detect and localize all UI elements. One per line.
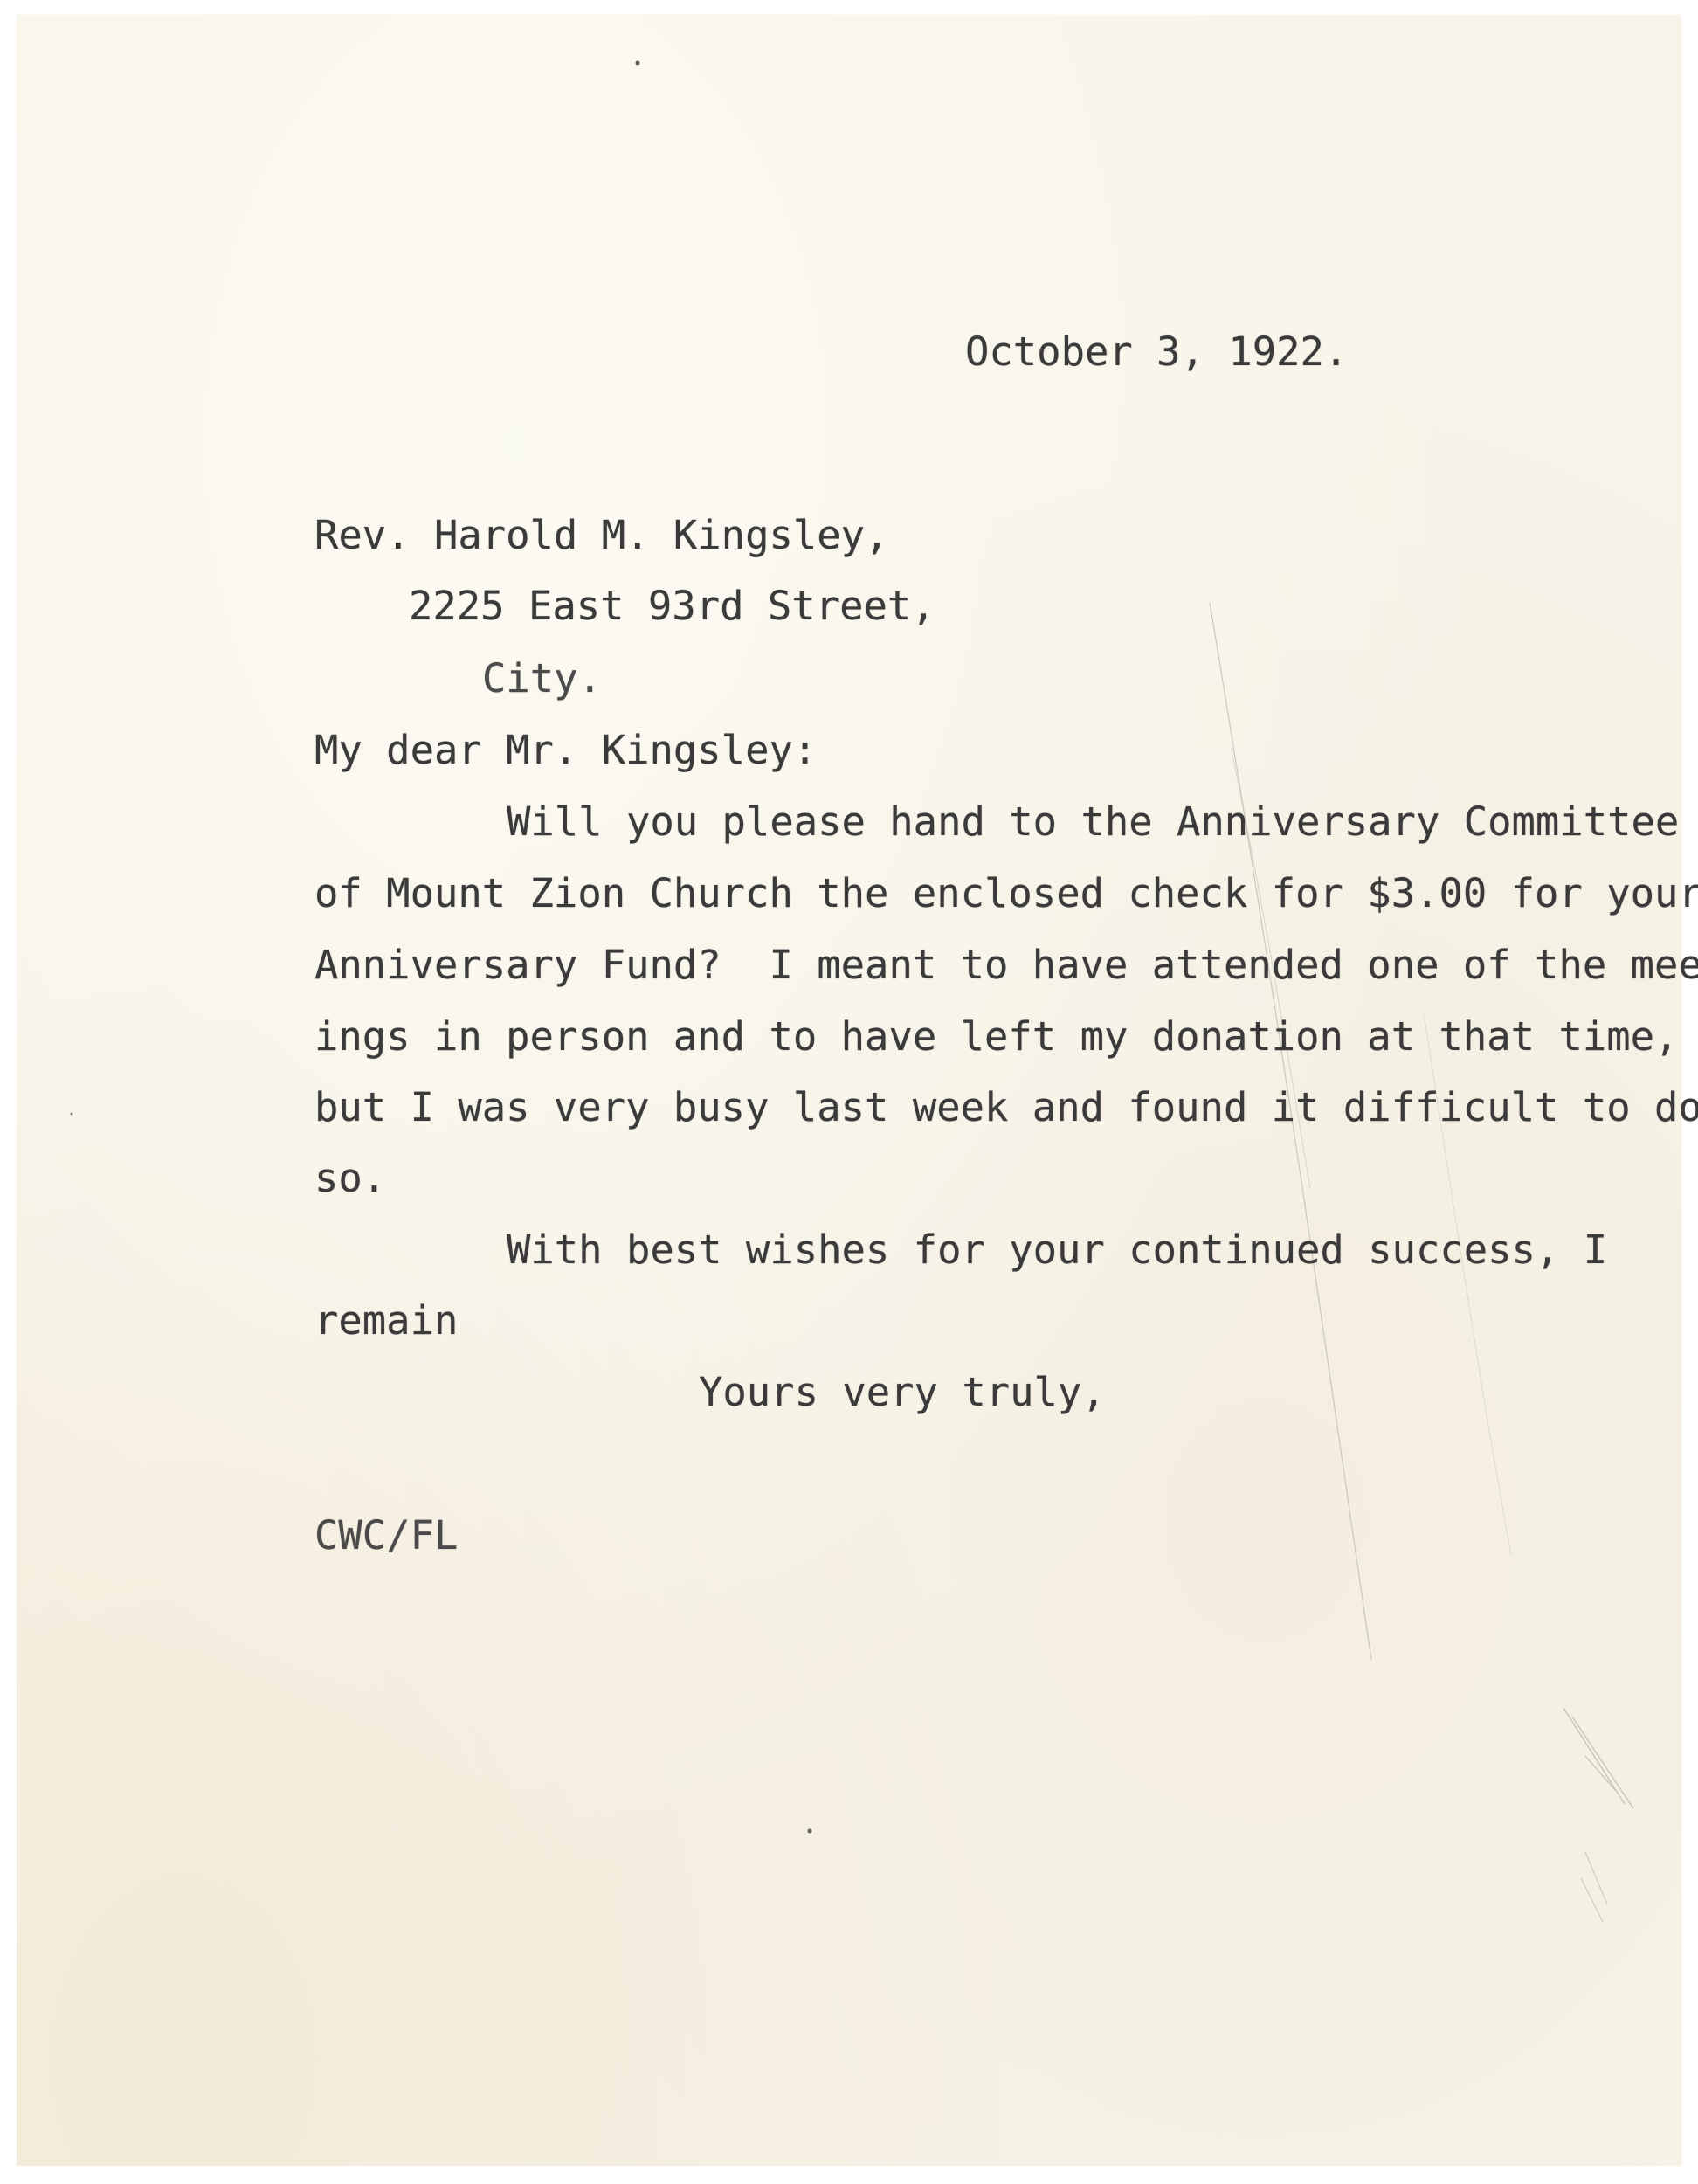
- body-line-5: but I was very busy last week and found …: [314, 1088, 1698, 1128]
- body-line-6: so.: [314, 1158, 386, 1199]
- recipient-street: 2225 East 93rd Street,: [409, 586, 935, 626]
- letter-date: October 3, 1922.: [965, 332, 1348, 372]
- salutation: My dear Mr. Kingsley:: [314, 730, 817, 771]
- recipient-name: Rev. Harold M. Kingsley,: [314, 515, 888, 556]
- body-line-1: Will you please hand to the Anniversary …: [507, 802, 1679, 842]
- reference-initials: CWC/FL: [314, 1516, 458, 1556]
- complimentary-close: Yours very truly,: [699, 1372, 1106, 1413]
- closing-paragraph-line-2: remain: [314, 1301, 458, 1341]
- body-line-4: ings in person and to have left my donat…: [314, 1017, 1678, 1057]
- body-line-2: of Mount Zion Church the enclosed check …: [314, 874, 1698, 914]
- closing-paragraph-line-1: With best wishes for your continued succ…: [507, 1230, 1607, 1270]
- body-line-3: Anniversary Fund? I meant to have attend…: [314, 945, 1698, 985]
- recipient-city: City.: [482, 659, 602, 699]
